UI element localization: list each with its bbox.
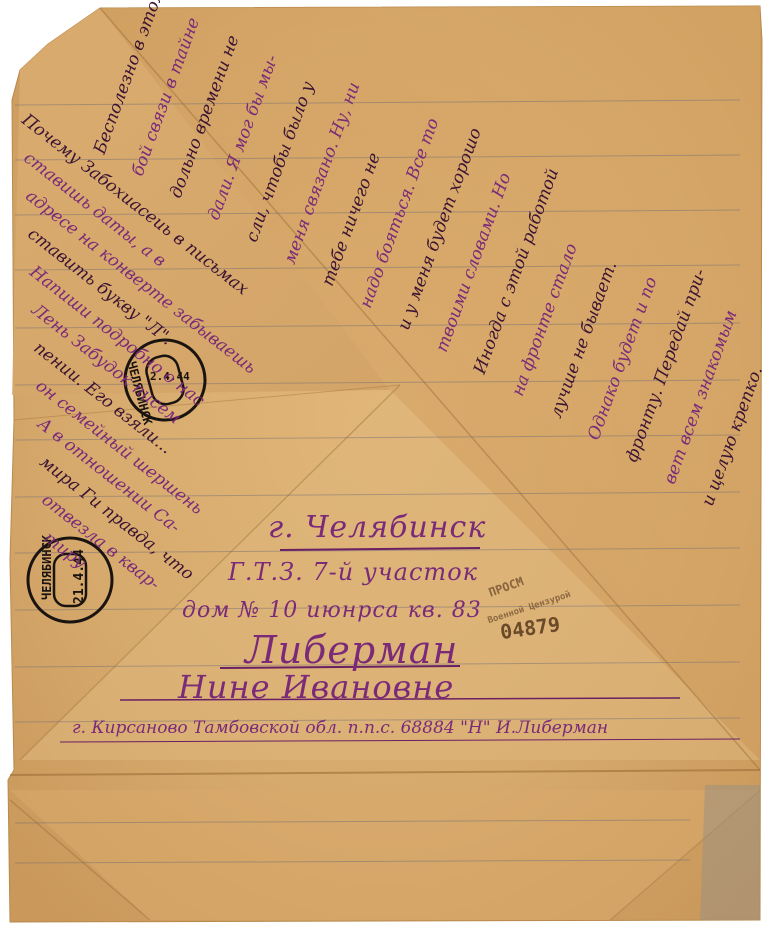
address-line-3: дом № 10 июнрса кв. 83 xyxy=(182,598,482,623)
address-city: г. Челябинск xyxy=(268,510,486,545)
recipient-name: Нине Ивановне xyxy=(178,668,454,706)
address-line-2: Г.Т.З. 7-й участок xyxy=(228,558,478,586)
recipient-surname: Либерман xyxy=(245,628,458,672)
letter-paper: ЧЕЛЯБИНСК 2.4.44 ЧЕЛЯБИНСК 21.4.44 ПРОСМ… xyxy=(0,0,768,928)
sender-address: г. Кирсаново Тамбовской обл. п.п.с. 6888… xyxy=(72,718,608,738)
